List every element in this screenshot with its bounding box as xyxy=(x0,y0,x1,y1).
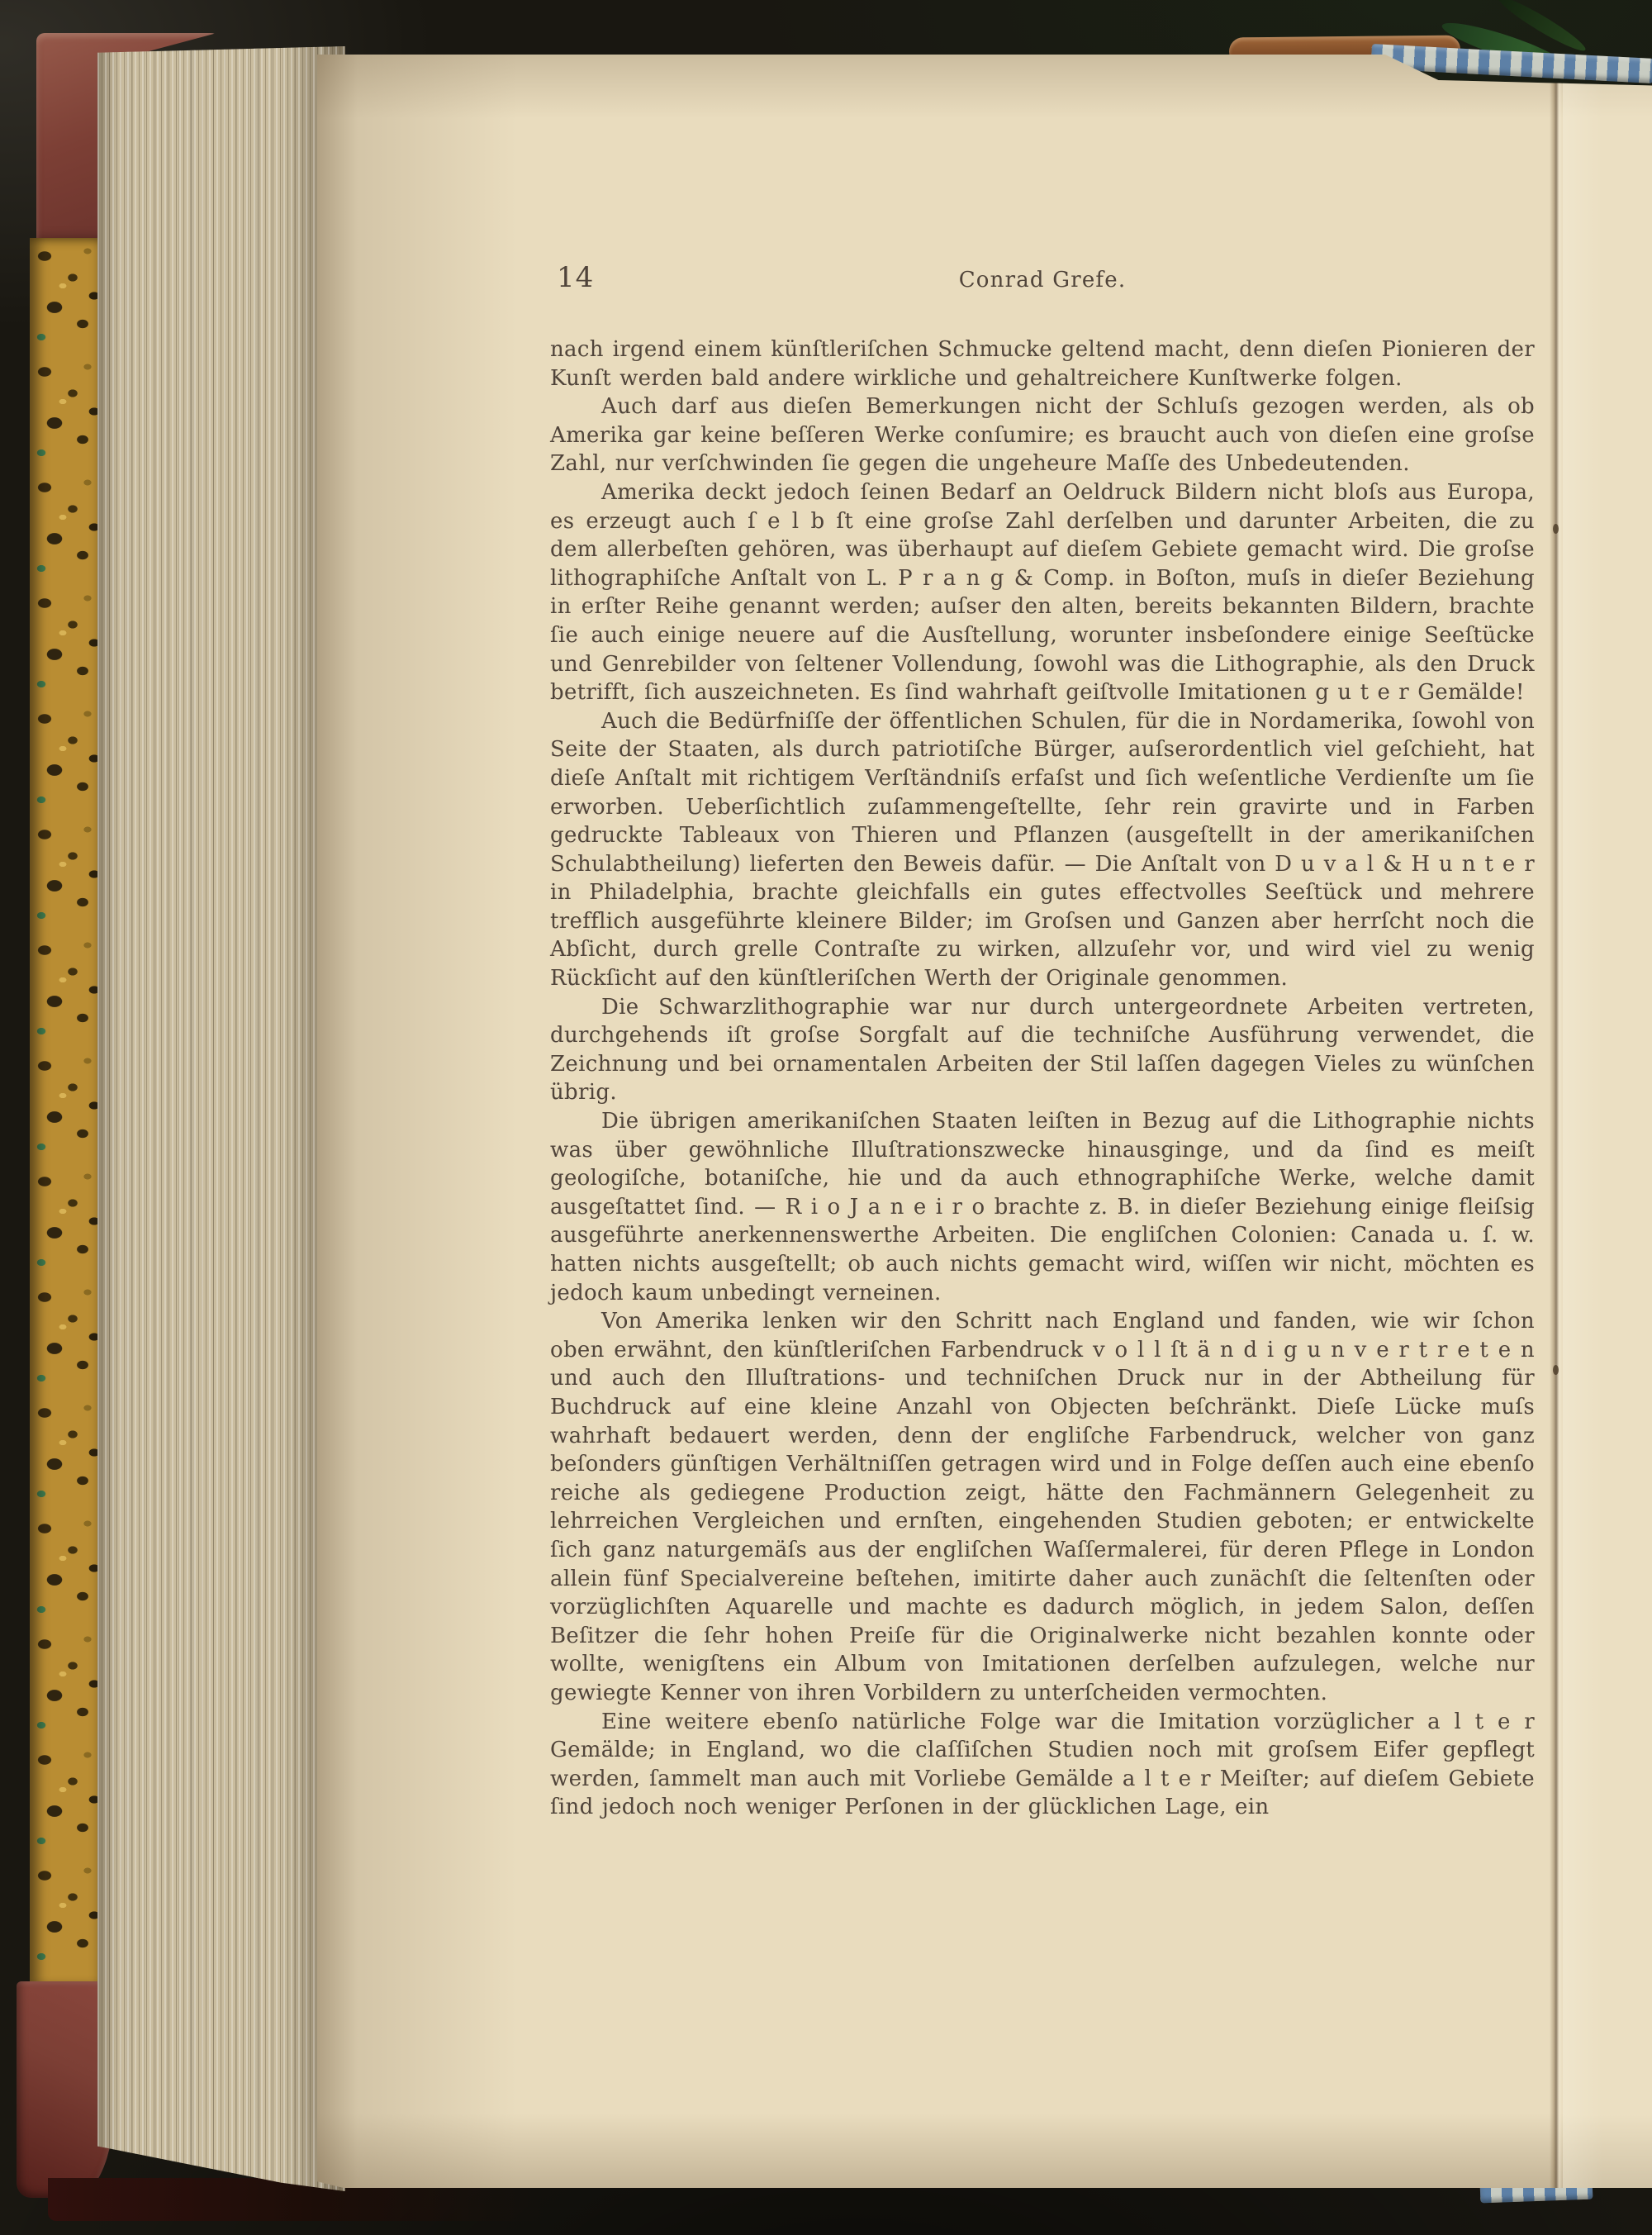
page-crease xyxy=(1550,55,1563,2188)
paragraph-5: Die Schwarzlithographie war nur durch un… xyxy=(550,993,1535,1107)
paragraph-2: Auch darf aus dieſen Bemerkungen nicht d… xyxy=(550,392,1535,478)
paragraph-8: Eine weitere ebenſo natürliche Folge war… xyxy=(550,1708,1535,1822)
paragraph-4: Auch die Bedürfniſſe der öffentlichen Sc… xyxy=(550,707,1535,993)
adjacent-page-edge xyxy=(1563,55,1652,2188)
paragraph-3: Amerika deckt jedoch ſeinen Bedarf an Oe… xyxy=(550,478,1535,707)
page-header: 14 Conrad Grefe. xyxy=(550,261,1535,299)
page-tear-mark xyxy=(1553,524,1559,534)
page-text-column: 14 Conrad Grefe. nach irgend einem künſt… xyxy=(550,261,1535,1822)
paragraph-7: Von Amerika lenken wir den Schritt nach … xyxy=(550,1307,1535,1707)
running-title: Conrad Grefe. xyxy=(550,268,1535,292)
page-tear-mark xyxy=(1553,1365,1559,1375)
paragraph-6: Die übrigen amerikaniſchen Staaten leiſt… xyxy=(550,1107,1535,1307)
page-text: nach irgend einem künſtleriſchen Schmuck… xyxy=(550,335,1535,1822)
paragraph-1: nach irgend einem künſtleriſchen Schmuck… xyxy=(550,335,1535,392)
book-page: 14 Conrad Grefe. nach irgend einem künſt… xyxy=(317,55,1652,2188)
page-edge-stack xyxy=(97,46,345,2191)
marbled-cover-edge xyxy=(30,238,106,1988)
